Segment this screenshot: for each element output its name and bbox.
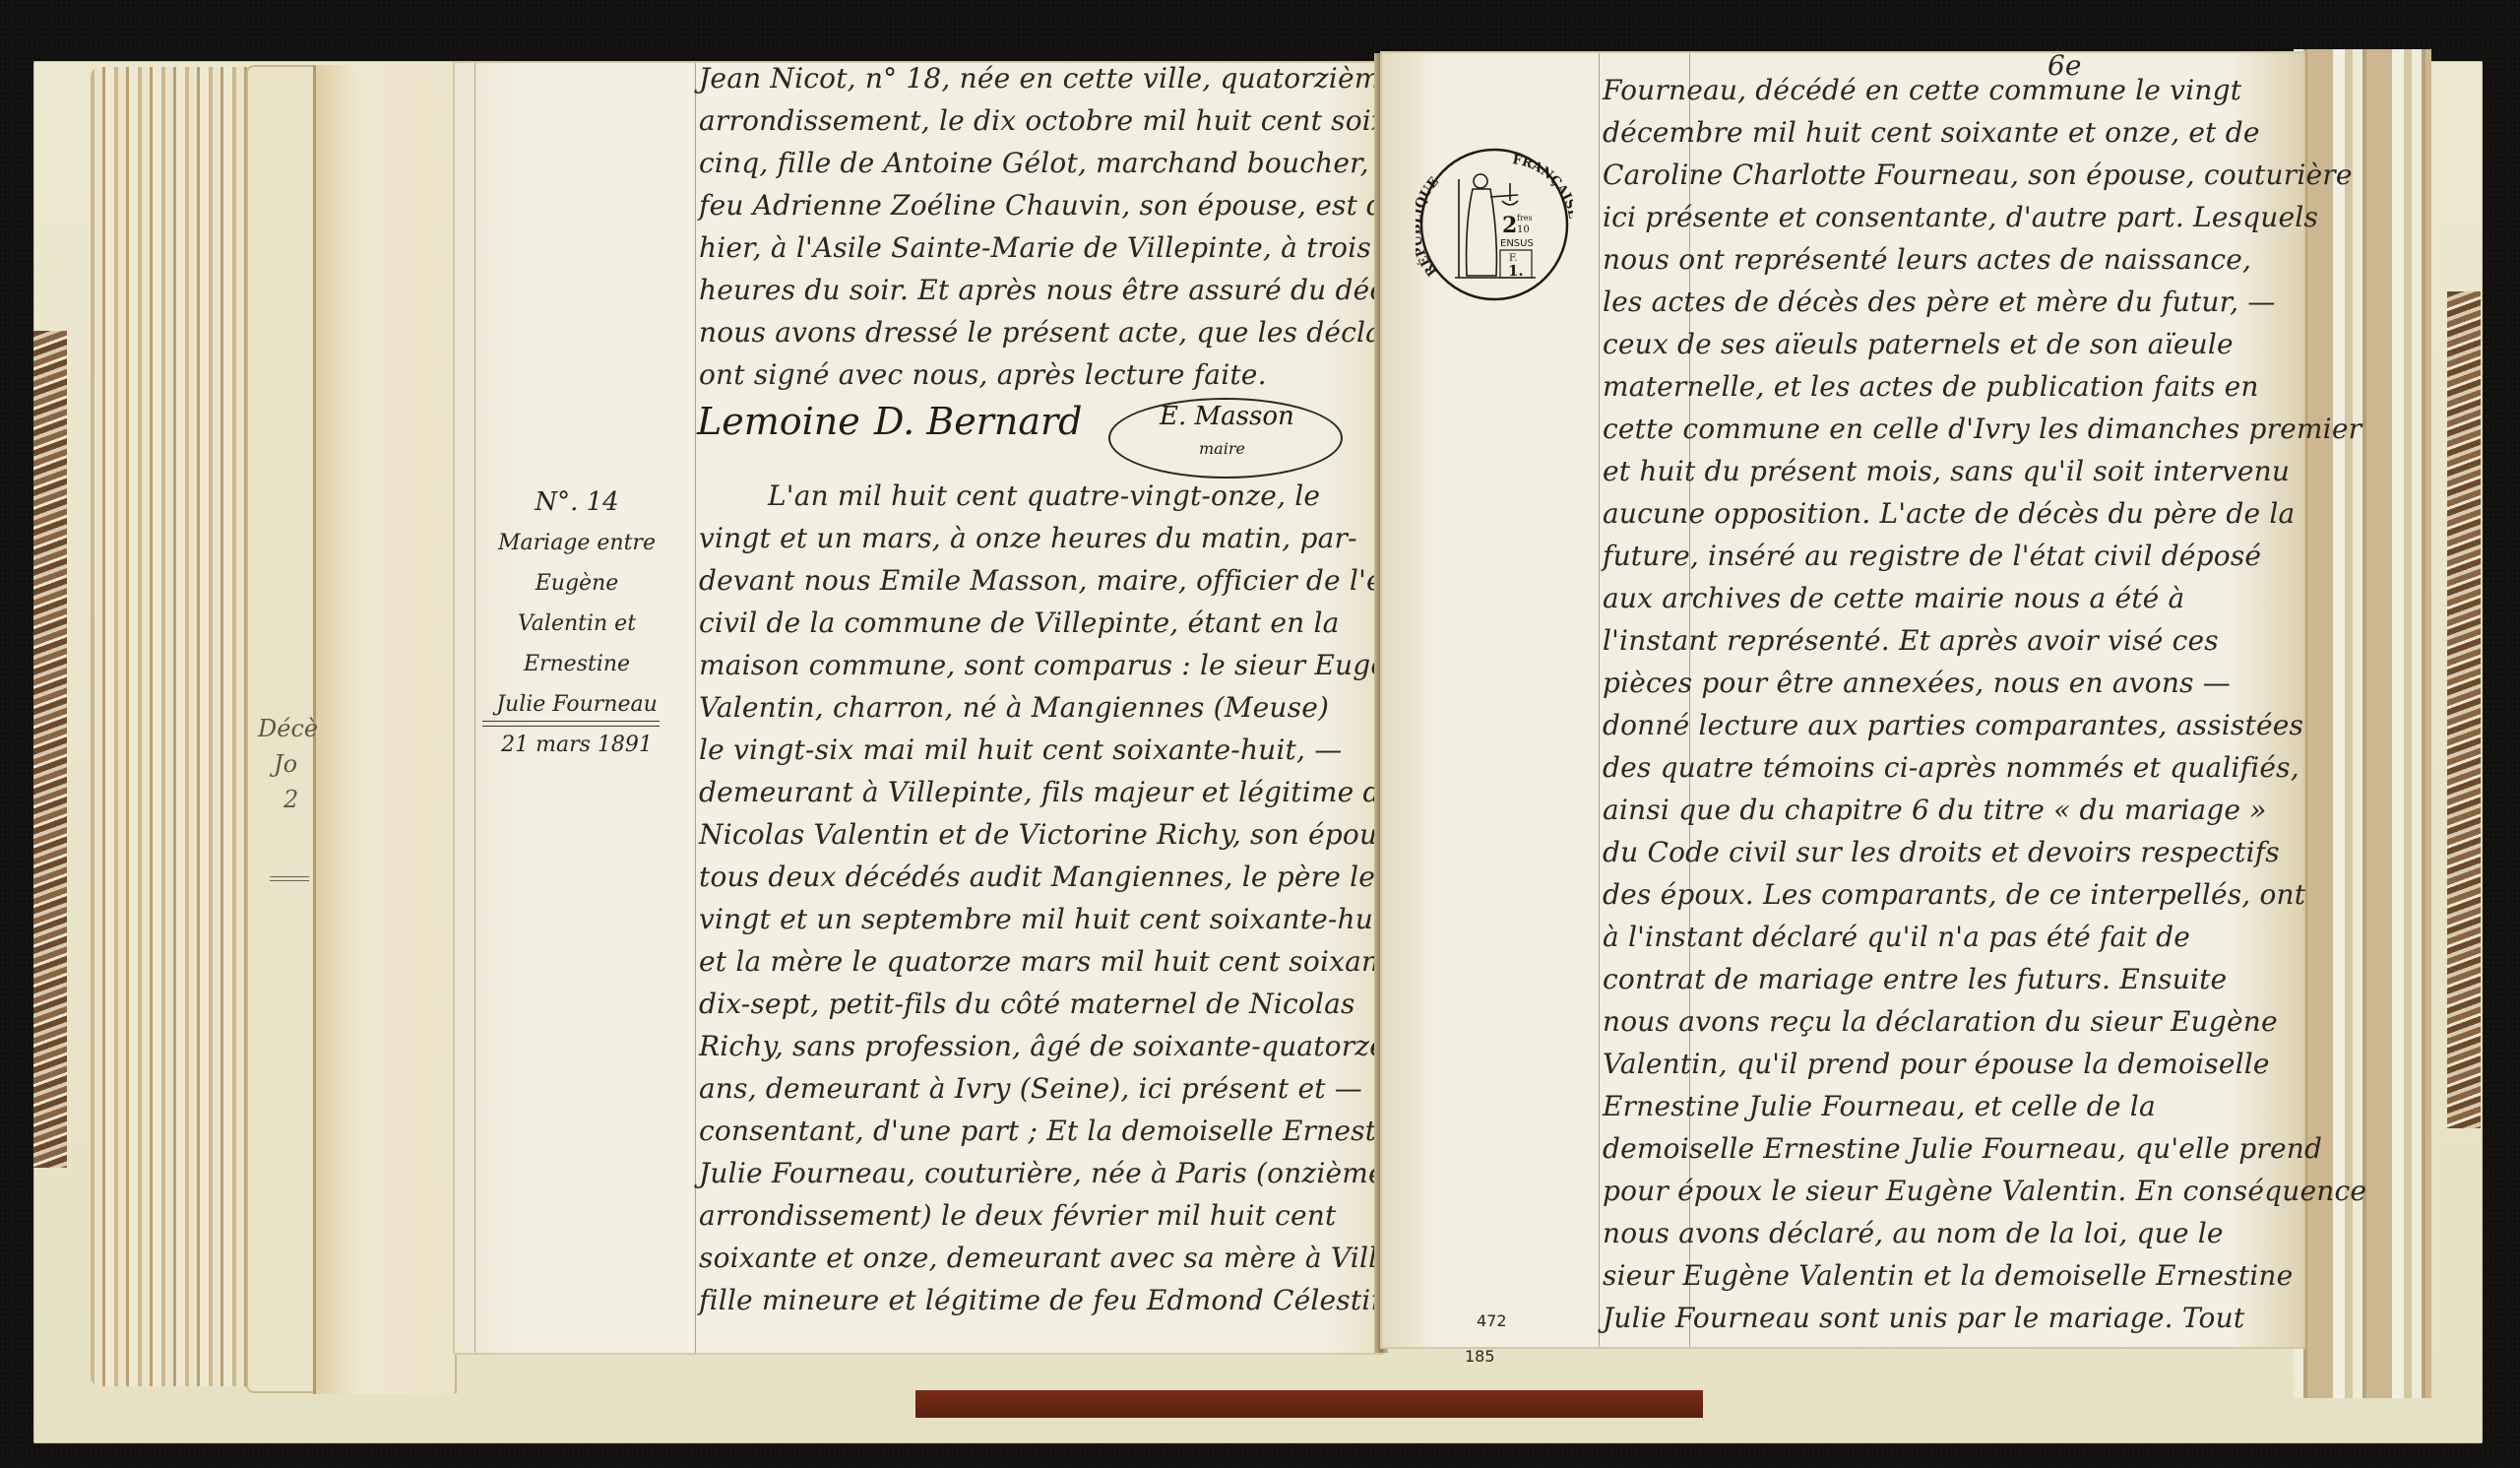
signatures-block: Lemoine D. Bernard E. Masson maire bbox=[697, 394, 1366, 482]
text-line: et huit du présent mois, sans qu'il soit… bbox=[1603, 452, 2290, 491]
text-line: demoiselle Ernestine Julie Fourneau, qu'… bbox=[1603, 1129, 2322, 1169]
fragment-line: Décè bbox=[258, 711, 318, 746]
svg-text:RÉPUBLIQUE: RÉPUBLIQUE bbox=[1416, 174, 1442, 279]
text-line: du Code civil sur les droits et devoirs … bbox=[1603, 833, 2280, 872]
signature-declarant-1: Lemoine bbox=[697, 400, 860, 443]
text-line: ici présente et consentante, d'autre par… bbox=[1603, 198, 2318, 237]
text-line: Valentin, charron, né à Mangiennes (Meus… bbox=[699, 688, 1329, 728]
text-line: Nicolas Valentin et de Victorine Richy, … bbox=[699, 815, 1417, 855]
text-line: aucune opposition. L'acte de décès du pè… bbox=[1603, 494, 2295, 534]
text-line: maison commune, sont comparus : le sieur… bbox=[699, 646, 1421, 685]
red-spine-edge bbox=[915, 1390, 1703, 1418]
underlying-leaf-margin-fragment: Décè Jo 2 bbox=[258, 711, 318, 817]
text-line: vingt et un mars, à onze heures du matin… bbox=[699, 519, 1357, 558]
entry-number: N°. 14 bbox=[480, 482, 673, 523]
text-line: heures du soir. Et après nous être assur… bbox=[699, 271, 1425, 310]
text-line: nous avons déclaré, au nom de la loi, qu… bbox=[1603, 1214, 2224, 1253]
text-line: des quatre témoins ci-après nommés et qu… bbox=[1603, 748, 2299, 788]
text-line: aux archives de cette mairie nous a été … bbox=[1603, 579, 2184, 618]
stamp-text-right: FRANÇAISE bbox=[1511, 153, 1573, 221]
stamp-text-left: RÉPUBLIQUE bbox=[1416, 174, 1442, 279]
text-line: Julie Fourneau sont unis par le mariage.… bbox=[1603, 1299, 2244, 1338]
text-line: nous avons dressé le présent acte, que l… bbox=[699, 313, 1456, 352]
text-line: des époux. Les comparants, de ce interpe… bbox=[1603, 875, 2305, 915]
text-line: hier, à l'Asile Sainte-Marie de Villepin… bbox=[699, 228, 1371, 268]
marbled-board-right bbox=[2447, 291, 2481, 1128]
text-line: donné lecture aux parties comparantes, a… bbox=[1603, 706, 2303, 745]
text-line: vingt et un septembre mil huit cent soix… bbox=[699, 900, 1403, 939]
stamp-value-sup: fres bbox=[1517, 214, 1533, 223]
text-line: Caroline Charlotte Fourneau, son épouse,… bbox=[1603, 156, 2353, 195]
text-line: L'an mil huit cent quatre-vingt-onze, le bbox=[768, 477, 1320, 516]
text-line: future, inséré au registre de l'état civ… bbox=[1603, 537, 2261, 576]
margin-date: 21 mars 1891 bbox=[480, 725, 673, 765]
text-line: soixante et onze, demeurant avec sa mère… bbox=[699, 1239, 1467, 1278]
text-line: arrondissement) le deux février mil huit… bbox=[699, 1196, 1336, 1236]
text-line: fille mineure et légitime de feu Edmond … bbox=[699, 1281, 1389, 1320]
text-line: Julie Fourneau, couturière, née à Paris … bbox=[699, 1154, 1421, 1193]
stamp-label: ENSUS bbox=[1500, 238, 1534, 249]
text-line: consentant, d'une part ; Et la demoisell… bbox=[699, 1112, 1419, 1151]
margin-line: Valentin et Ernestine bbox=[480, 604, 673, 684]
text-line: arrondissement, le dix octobre mil huit … bbox=[699, 101, 1449, 141]
fragment-line: Jo bbox=[258, 746, 318, 782]
text-line: maternelle, et les actes de publication … bbox=[1603, 367, 2259, 407]
text-line: Ernestine Julie Fourneau, et celle de la bbox=[1603, 1087, 2156, 1126]
signature-mayor: E. Masson bbox=[1160, 402, 1294, 431]
fragment-line: 2 bbox=[258, 782, 318, 817]
text-line: nous ont représenté leurs actes de naiss… bbox=[1603, 240, 2251, 280]
text-line: devant nous Emile Masson, maire, officie… bbox=[699, 561, 1422, 601]
text-line: ans, demeurant à Ivry (Seine), ici prése… bbox=[699, 1069, 1362, 1109]
margin-double-underline bbox=[482, 721, 660, 727]
revenue-stamp-icon: RÉPUBLIQUE FRANÇAISE 2 fres 10 ENSUS F. … bbox=[1416, 146, 1573, 303]
right-page-margin-rule bbox=[1599, 53, 1600, 1347]
text-line: Jean Nicot, n° 18, née en cette ville, q… bbox=[699, 59, 1434, 98]
text-line: contrat de mariage entre les futurs. Ens… bbox=[1603, 960, 2227, 999]
marbled-board-left bbox=[33, 331, 67, 1168]
text-line: civil de la commune de Villepinte, étant… bbox=[699, 604, 1340, 643]
left-turned-leaf bbox=[313, 65, 454, 1394]
text-line: cinq, fille de Antoine Gélot, marchand b… bbox=[699, 144, 1449, 183]
svg-text:FRANÇAISE: FRANÇAISE bbox=[1511, 153, 1573, 221]
margin-line: Mariage entre Eugène bbox=[480, 523, 673, 604]
text-line: Fourneau, décédé en cette commune le vin… bbox=[1603, 71, 2241, 110]
text-line: dix-sept, petit-fils du côté maternel de… bbox=[699, 985, 1355, 1024]
left-page-margin-rule bbox=[695, 63, 696, 1353]
text-line: les actes de décès des père et mère du f… bbox=[1603, 283, 2276, 322]
text-line: nous avons reçu la déclaration du sieur … bbox=[1603, 1002, 2278, 1042]
underlying-page-number: 185 bbox=[1465, 1347, 1495, 1366]
text-line: Valentin, qu'il prend pour épouse la dem… bbox=[1603, 1045, 2270, 1084]
text-line: Richy, sans profession, âgé de soixante-… bbox=[699, 1027, 1386, 1066]
text-line: sieur Eugène Valentin et la demoiselle E… bbox=[1603, 1256, 2293, 1296]
text-line: ainsi que du chapitre 6 du titre « du ma… bbox=[1603, 791, 2267, 830]
page-number: 472 bbox=[1477, 1311, 1507, 1330]
text-line: demeurant à Villepinte, fils majeur et l… bbox=[699, 773, 1397, 812]
signature-declarant-2: D. Bernard bbox=[874, 400, 1082, 443]
text-line: à l'instant déclaré qu'il n'a pas été fa… bbox=[1603, 918, 2190, 957]
text-line: et la mère le quatorze mars mil huit cen… bbox=[699, 942, 1417, 982]
text-line: cette commune en celle d'Ivry les dimanc… bbox=[1603, 410, 2362, 449]
text-line: le vingt-six mai mil huit cent soixante-… bbox=[699, 731, 1342, 770]
fragment-underline bbox=[270, 876, 309, 881]
text-line: feu Adrienne Zoéline Chauvin, son épouse… bbox=[699, 186, 1483, 225]
text-line: pour époux le sieur Eugène Valentin. En … bbox=[1603, 1172, 2366, 1211]
stamp-denomination: 1. bbox=[1508, 262, 1524, 280]
stamp-value: 2 bbox=[1502, 213, 1517, 238]
stamp-value-fraction: 10 bbox=[1517, 224, 1530, 235]
text-line: pièces pour être annexées, nous en avons… bbox=[1603, 664, 2231, 703]
signature-mayor-title: maire bbox=[1199, 439, 1245, 458]
text-line: l'instant représenté. Et après avoir vis… bbox=[1603, 621, 2219, 661]
text-line: décembre mil huit cent soixante et onze,… bbox=[1603, 113, 2260, 153]
margin-line: Julie Fourneau bbox=[480, 684, 673, 725]
text-line: tous deux décédés audit Mangiennes, le p… bbox=[699, 858, 1375, 897]
text-line: ceux de ses aïeuls paternels et de son a… bbox=[1603, 325, 2234, 364]
left-page-outer-margin-rule bbox=[474, 63, 475, 1353]
text-line: ont signé avec nous, après lecture faite… bbox=[699, 355, 1267, 395]
